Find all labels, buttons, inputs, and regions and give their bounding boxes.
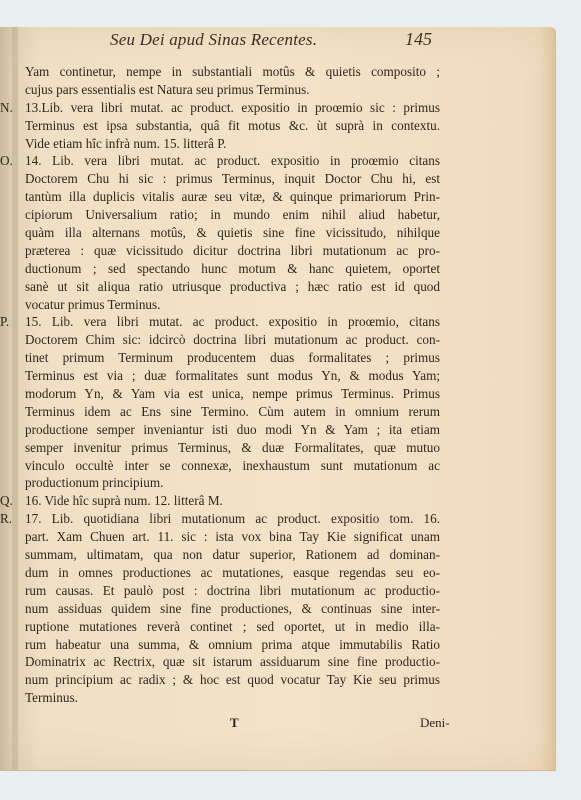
line-text: vocatur primus Terminus. (25, 296, 160, 314)
line-text: ductionum ; sed spectando hunc motum & h… (25, 260, 440, 278)
text-line: Doctorem Chu hi sic : primus Terminus, i… (0, 170, 555, 188)
line-text: 16. Vide hîc suprà num. 12. litterâ M. (25, 492, 223, 510)
line-text: vinculo occultè inter se connexæ, inexha… (25, 457, 440, 475)
line-text: num assiduas quidem sine fine production… (25, 600, 440, 618)
line-text: 13.Lib. vera libri mutat. ac product. ex… (25, 99, 440, 117)
line-text: Doctorem Chim sic: idcircò doctrina libr… (25, 331, 440, 349)
text-line: Terminus est via ; duæ formalitates sunt… (0, 367, 555, 385)
text-line: Dominatrix ac Rectrix, quæ sit istarum a… (0, 653, 555, 671)
line-text: tinet primum Terminum producentem duas f… (25, 349, 440, 367)
margin-note-letter: O. (0, 152, 13, 170)
text-line: semper invenitur primus Terminus, & duæ … (0, 439, 555, 457)
text-line: part. Xam Chuen art. 11. sic : ista vox … (0, 528, 555, 546)
line-text: ruptione mutationes reverà continet ; se… (25, 618, 440, 636)
line-text: 15. Lib. vera libri mutat. ac product. e… (25, 313, 440, 331)
text-line: quàm illa alternans motûs, & quietis sin… (0, 224, 555, 242)
text-line: cipiorum Universalium ratio; in mundo en… (0, 206, 555, 224)
line-text: part. Xam Chuen art. 11. sic : ista vox … (25, 528, 440, 546)
text-line: modorum Yn, & Yam via est unica, nempe p… (0, 385, 555, 403)
line-text: num principium ac radix ; & hoc est quod… (25, 671, 440, 689)
text-line: P.15. Lib. vera libri mutat. ac product.… (0, 313, 555, 331)
text-line: num principium ac radix ; & hoc est quod… (0, 671, 555, 689)
text-line: productione semper inveniantur isti duo … (0, 421, 555, 439)
line-text: præterea : quæ vicissitudo dicitur doctr… (25, 242, 440, 260)
line-text: 14. Lib. vera libri mutat. ac product. e… (25, 152, 440, 170)
text-line: Terminus. (0, 689, 555, 707)
line-text: tantùm illa duplicis vitalis auræ seu vi… (25, 188, 440, 206)
text-line: Doctorem Chim sic: idcircò doctrina libr… (0, 331, 555, 349)
text-line: cujus pars essentialis est Natura seu pr… (0, 81, 555, 99)
line-text: Yam continetur, nempe in substantiali mo… (25, 63, 440, 81)
line-text: Vide etiam hîc infrà num. 15. litterâ P. (25, 135, 226, 153)
text-line: tantùm illa duplicis vitalis auræ seu vi… (0, 188, 555, 206)
text-line: Terminus idem ac Ens sine Termino. Cùm a… (0, 403, 555, 421)
text-line: Terminus est ipsa substantia, quâ fit mo… (0, 117, 555, 135)
text-line: tinet primum Terminum producentem duas f… (0, 349, 555, 367)
line-text: rum causas. Et paulò post : doctrina lib… (25, 582, 440, 600)
text-line: præterea : quæ vicissitudo dicitur doctr… (0, 242, 555, 260)
text-line: rum habeatur una summa, & omnium prima a… (0, 636, 555, 654)
line-text: semper invenitur primus Terminus, & duæ … (25, 439, 440, 457)
line-text: Terminus est ipsa substantia, quâ fit mo… (25, 117, 440, 135)
line-text: cujus pars essentialis est Natura seu pr… (25, 81, 310, 99)
line-text: summam, ultimatam, qua non datur superio… (25, 546, 440, 564)
line-text: rum habeatur una summa, & omnium prima a… (25, 636, 440, 654)
signature-mark: T (230, 715, 239, 731)
line-text: Dominatrix ac Rectrix, quæ sit istarum a… (25, 653, 440, 671)
margin-note-letter: N. (0, 99, 13, 117)
margin-note-letter: R. (0, 510, 12, 528)
line-text: 17. Lib. quotidiana libri mutationum ac … (25, 510, 440, 528)
line-text: productionum principium. (25, 474, 163, 492)
text-line: vocatur primus Terminus. (0, 296, 555, 314)
running-title: Seu Dei apud Sinas Recentes. (110, 30, 317, 50)
page-footer: T Deni- (0, 715, 555, 735)
text-line: dum in omnes productiones ac mutationes,… (0, 564, 555, 582)
line-text: cipiorum Universalium ratio; in mundo en… (25, 206, 440, 224)
line-text: dum in omnes productiones ac mutationes,… (25, 564, 440, 582)
text-line: O.14. Lib. vera libri mutat. ac product.… (0, 152, 555, 170)
text-line: num assiduas quidem sine fine production… (0, 600, 555, 618)
line-text: Terminus idem ac Ens sine Termino. Cùm a… (25, 403, 440, 421)
text-line: N.13.Lib. vera libri mutat. ac product. … (0, 99, 555, 117)
line-text: modorum Yn, & Yam via est unica, nempe p… (25, 385, 440, 403)
page-body-text: Yam continetur, nempe in substantiali mo… (0, 63, 555, 707)
line-text: quàm illa alternans motûs, & quietis sin… (25, 224, 440, 242)
text-line: Q.16. Vide hîc suprà num. 12. litterâ M. (0, 492, 555, 510)
text-line: R.17. Lib. quotidiana libri mutationum a… (0, 510, 555, 528)
line-text: Doctorem Chu hi sic : primus Terminus, i… (25, 170, 440, 188)
line-text: Terminus est via ; duæ formalitates sunt… (25, 367, 440, 385)
catchword: Deni- (420, 715, 450, 731)
text-line: sanè ut sit aliqua ratio utriusque produ… (0, 278, 555, 296)
page-number: 145 (405, 29, 432, 50)
line-text: productione semper inveniantur isti duo … (25, 421, 440, 439)
text-line: vinculo occultè inter se connexæ, inexha… (0, 457, 555, 475)
line-text: Terminus. (25, 689, 78, 707)
page-header: Seu Dei apud Sinas Recentes. 145 (0, 27, 555, 53)
text-line: productionum principium. (0, 474, 555, 492)
text-line: Vide etiam hîc infrà num. 15. litterâ P. (0, 135, 555, 153)
text-line: ductionum ; sed spectando hunc motum & h… (0, 260, 555, 278)
text-line: ruptione mutationes reverà continet ; se… (0, 618, 555, 636)
line-text: sanè ut sit aliqua ratio utriusque produ… (25, 278, 440, 296)
margin-note-letter: Q. (0, 492, 13, 510)
text-line: summam, ultimatam, qua non datur superio… (0, 546, 555, 564)
text-line: rum causas. Et paulò post : doctrina lib… (0, 582, 555, 600)
text-line: Yam continetur, nempe in substantiali mo… (0, 63, 555, 81)
margin-note-letter: P. (0, 313, 9, 331)
